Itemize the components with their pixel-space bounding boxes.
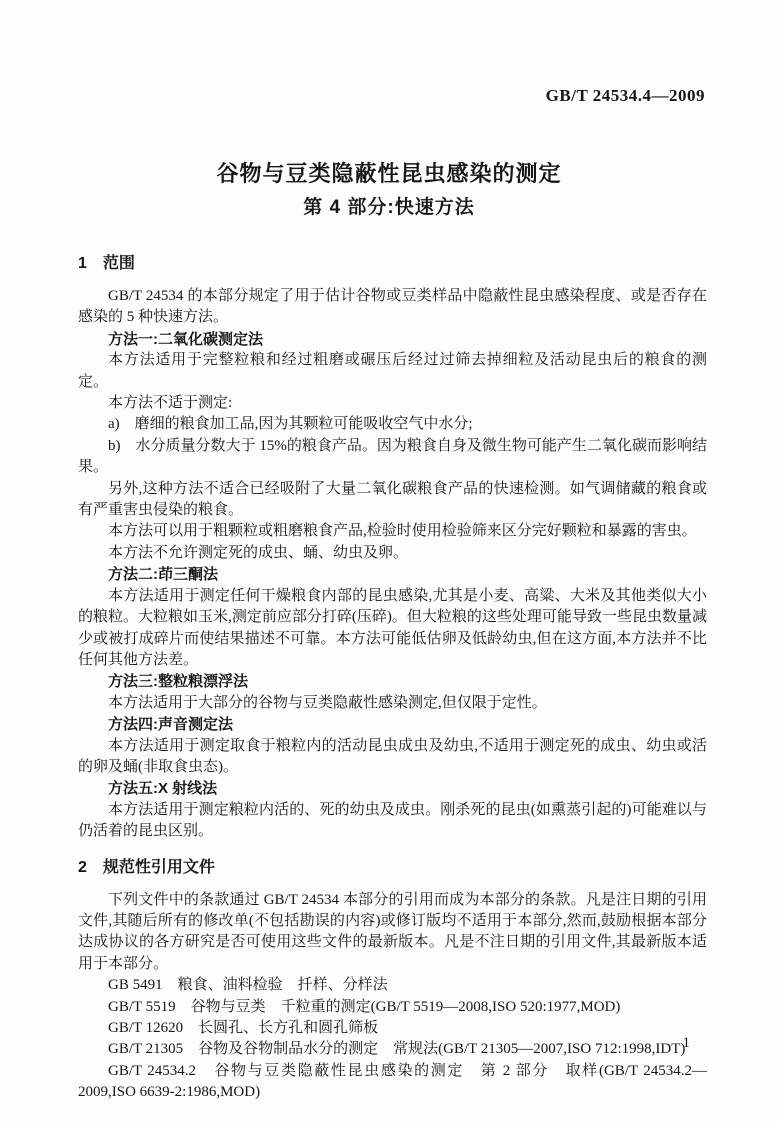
- section-2-content: 下列文件中的条款通过 GB/T 24534 本部分的引用而成为本部分的条款。凡是…: [78, 890, 707, 1104]
- paragraph: 本方法可以用于粗颗粒或粗磨粮食产品,检验时使用检验筛来区分完好颗粒和暴露的害虫。: [78, 521, 707, 542]
- document-body: 1 范围 GB/T 24534 的本部分规定了用于估计谷物或豆类样品中隐蔽性昆虫…: [78, 254, 707, 1104]
- paragraph: 本方法不适于测定:: [78, 393, 707, 414]
- paragraph: 本方法适用于大部分的谷物与豆类隐蔽性感染测定,但仅限于定性。: [78, 693, 707, 714]
- paragraph: 本方法适用于完整粒粮和经过粗磨或碾压后经过过筛去掉细粒及活动昆虫后的粮食的测定。: [78, 350, 707, 393]
- paragraph: a) 磨细的粮食加工品,因为其颗粒可能吸收空气中水分;: [78, 414, 707, 435]
- method-heading: 方法五:X 射线法: [78, 778, 707, 799]
- reference-item: GB/T 21305 谷物及谷物制品水分的测定 常规法(GB/T 21305—2…: [78, 1039, 707, 1060]
- section-2-heading: 2 规范性引用文件: [78, 858, 707, 878]
- method-heading: 方法四:声音测定法: [78, 714, 707, 735]
- reference-item: GB/T 12620 长圆孔、长方孔和圆孔筛板: [78, 1018, 707, 1039]
- paragraph: b) 水分质量分数大于 15%的粮食产品。因为粮食自身及微生物可能产生二氧化碳而…: [78, 436, 707, 479]
- paragraph: 另外,这种方法不适合已经吸附了大量二氧化碳粮食产品的快速检测。如气调储藏的粮食或…: [78, 479, 707, 522]
- method-heading: 方法三:整粒粮漂浮法: [78, 671, 707, 692]
- paragraph: 本方法适用于测定粮粒内活的、死的幼虫及成虫。刚杀死的昆虫(如熏蒸引起的)可能难以…: [78, 800, 707, 843]
- document-page: GB/T 24534.4—2009 谷物与豆类隐蔽性昆虫感染的测定 第 4 部分…: [0, 0, 778, 1122]
- page-number: 1: [683, 1035, 691, 1052]
- paragraph: 本方法不允许测定死的成虫、蛹、幼虫及卵。: [78, 543, 707, 564]
- document-subtitle: 第 4 部分:快速方法: [0, 195, 778, 221]
- reference-item: GB 5491 粮食、油料检验 扦样、分样法: [78, 975, 707, 996]
- section-1-heading: 1 范围: [78, 254, 707, 274]
- method-heading: 方法二:茚三酮法: [78, 564, 707, 585]
- paragraph: 本方法适用于测定取食于粮粒内的活动昆虫成虫及幼虫,不适用于测定死的成虫、幼虫或活…: [78, 736, 707, 779]
- title-block: 谷物与豆类隐蔽性昆虫感染的测定 第 4 部分:快速方法: [0, 160, 778, 221]
- document-title: 谷物与豆类隐蔽性昆虫感染的测定: [0, 160, 778, 188]
- method-heading: 方法一:二氧化碳测定法: [78, 329, 707, 350]
- paragraph: 本方法适用于测定任何干燥粮食内部的昆虫感染,尤其是小麦、高粱、大米及其他类似大小…: [78, 586, 707, 672]
- paragraph: GB/T 24534 的本部分规定了用于估计谷物或豆类样品中隐蔽性昆虫感染程度、…: [78, 286, 707, 329]
- reference-item: GB/T 24534.2 谷物与豆类隐蔽性昆虫感染的测定 第 2 部分 取样(G…: [78, 1061, 707, 1104]
- standard-code: GB/T 24534.4—2009: [546, 86, 705, 106]
- section-1-content: GB/T 24534 的本部分规定了用于估计谷物或豆类样品中隐蔽性昆虫感染程度、…: [78, 286, 707, 843]
- paragraph: 下列文件中的条款通过 GB/T 24534 本部分的引用而成为本部分的条款。凡是…: [78, 890, 707, 976]
- reference-item: GB/T 5519 谷物与豆类 千粒重的测定(GB/T 5519—2008,IS…: [78, 997, 707, 1018]
